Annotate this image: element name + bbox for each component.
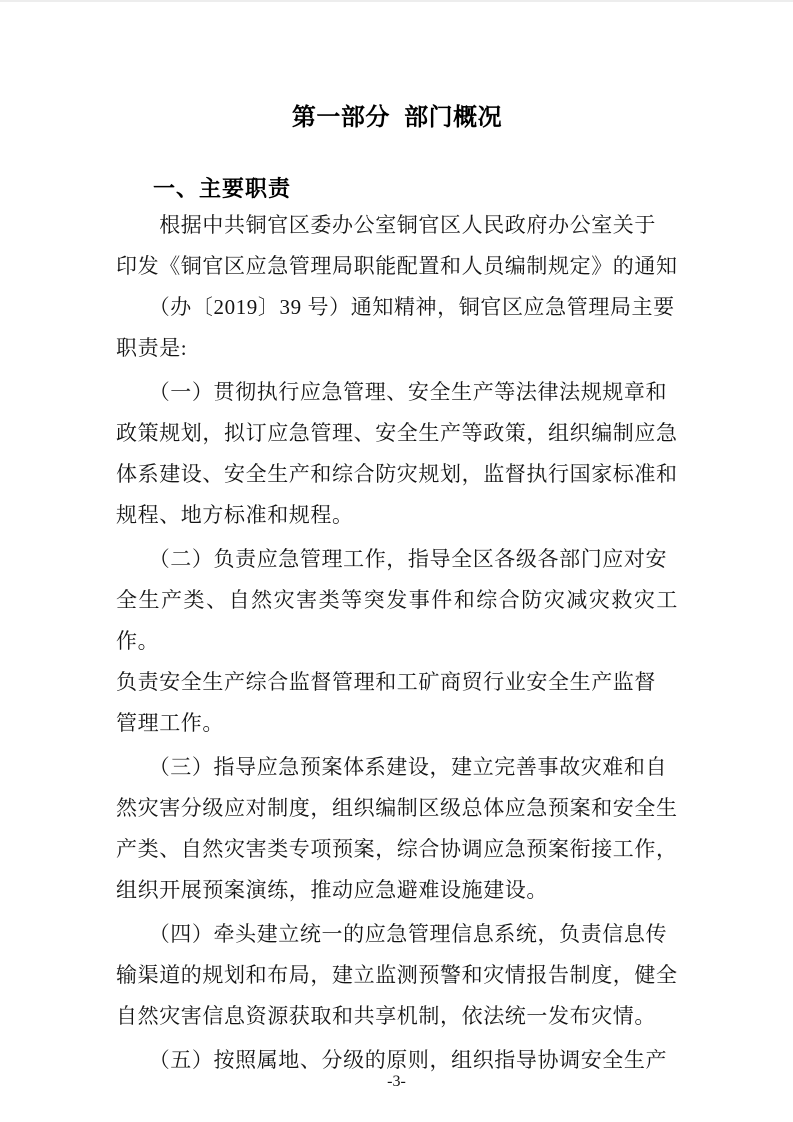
- paragraph-duty-4: （四）牵头建立统一的应急管理信息系统，负责信息传 输渠道的规划和布局，建立监测预…: [116, 914, 678, 1037]
- body-text: 根据中共铜官区委办公室铜官区人民政府办公室关于 印发《铜官区应急管理局职能配置和…: [116, 205, 678, 1081]
- document-title: 第一部分 部门概况: [116, 103, 678, 133]
- paragraph-duty-1: （一）贯彻执行应急管理、安全生产等法律法规规章和 政策规划，拟订应急管理、安全生…: [116, 372, 678, 536]
- section-heading-main-duties: 一、主要职责: [116, 175, 678, 202]
- paragraph-duty-2: （二）负责应急管理工作，指导全区各级各部门应对安 全生产类、自然灾害类等突发事件…: [116, 539, 678, 744]
- paragraph-duty-3: （三）指导应急预案体系建设，建立完善事故灾难和自 然灾害分级应对制度，组织编制区…: [116, 747, 678, 911]
- document-page: 第一部分 部门概况 一、主要职责 根据中共铜官区委办公室铜官区人民政府办公室关于…: [0, 0, 793, 1122]
- paragraph-intro: 根据中共铜官区委办公室铜官区人民政府办公室关于 印发《铜官区应急管理局职能配置和…: [116, 205, 678, 369]
- page-content: 第一部分 部门概况 一、主要职责 根据中共铜官区委办公室铜官区人民政府办公室关于…: [116, 2, 678, 1084]
- page-number: -3-: [0, 1072, 793, 1092]
